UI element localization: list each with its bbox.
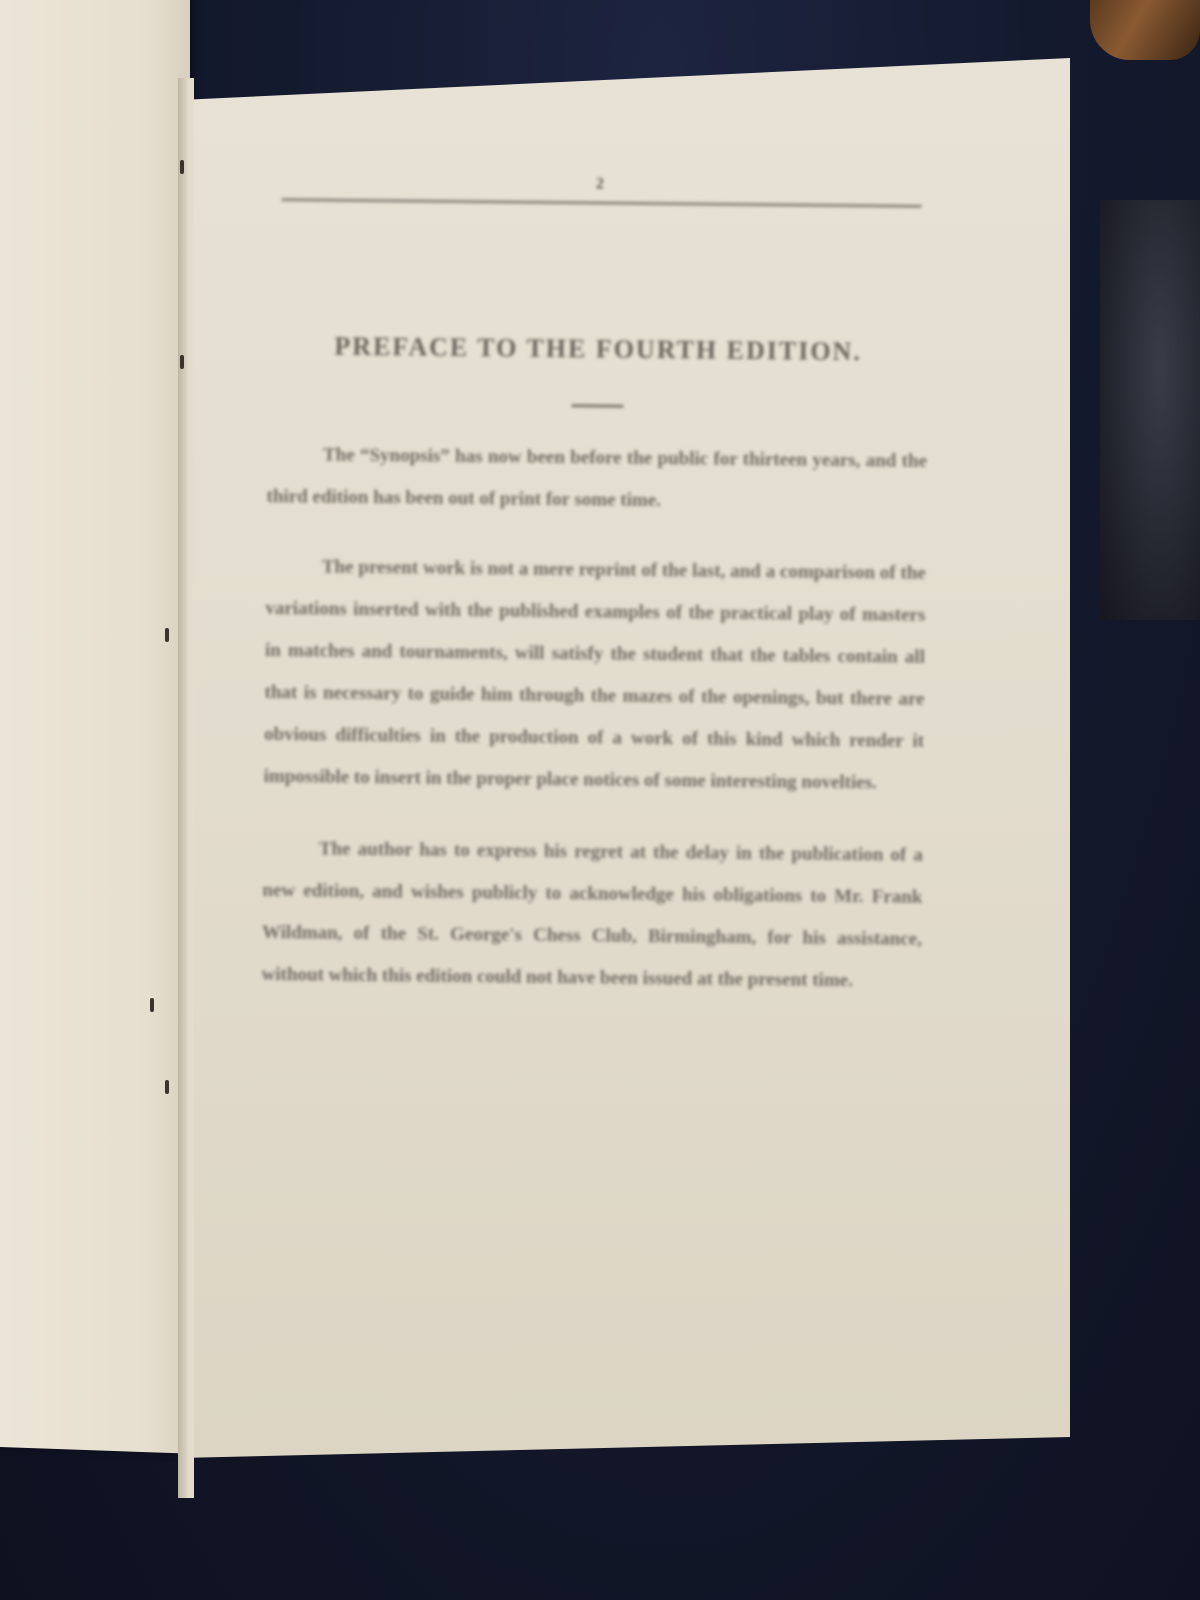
binding-stitch <box>180 160 184 174</box>
binding-stitch <box>165 628 169 642</box>
header-rule <box>282 198 922 208</box>
title-ornament-rule <box>572 404 624 408</box>
page-content: 2 Preface to the Fourth Edition. The “Sy… <box>261 170 930 1003</box>
page-title: Preface to the Fourth Edition. <box>268 331 928 368</box>
paragraph: The “Synopsis” has now been before the p… <box>266 434 927 525</box>
paragraph: The author has to express his regret at … <box>261 828 923 1003</box>
background-object <box>1090 0 1200 60</box>
binding-stitch <box>150 998 154 1012</box>
left-page <box>0 0 190 1454</box>
binding-stitch <box>180 355 184 369</box>
book-gutter <box>178 78 194 1498</box>
binding-stitch <box>165 1080 169 1094</box>
background-cushion <box>1100 200 1200 620</box>
paragraph: The present work is not a mere reprint o… <box>263 546 926 805</box>
